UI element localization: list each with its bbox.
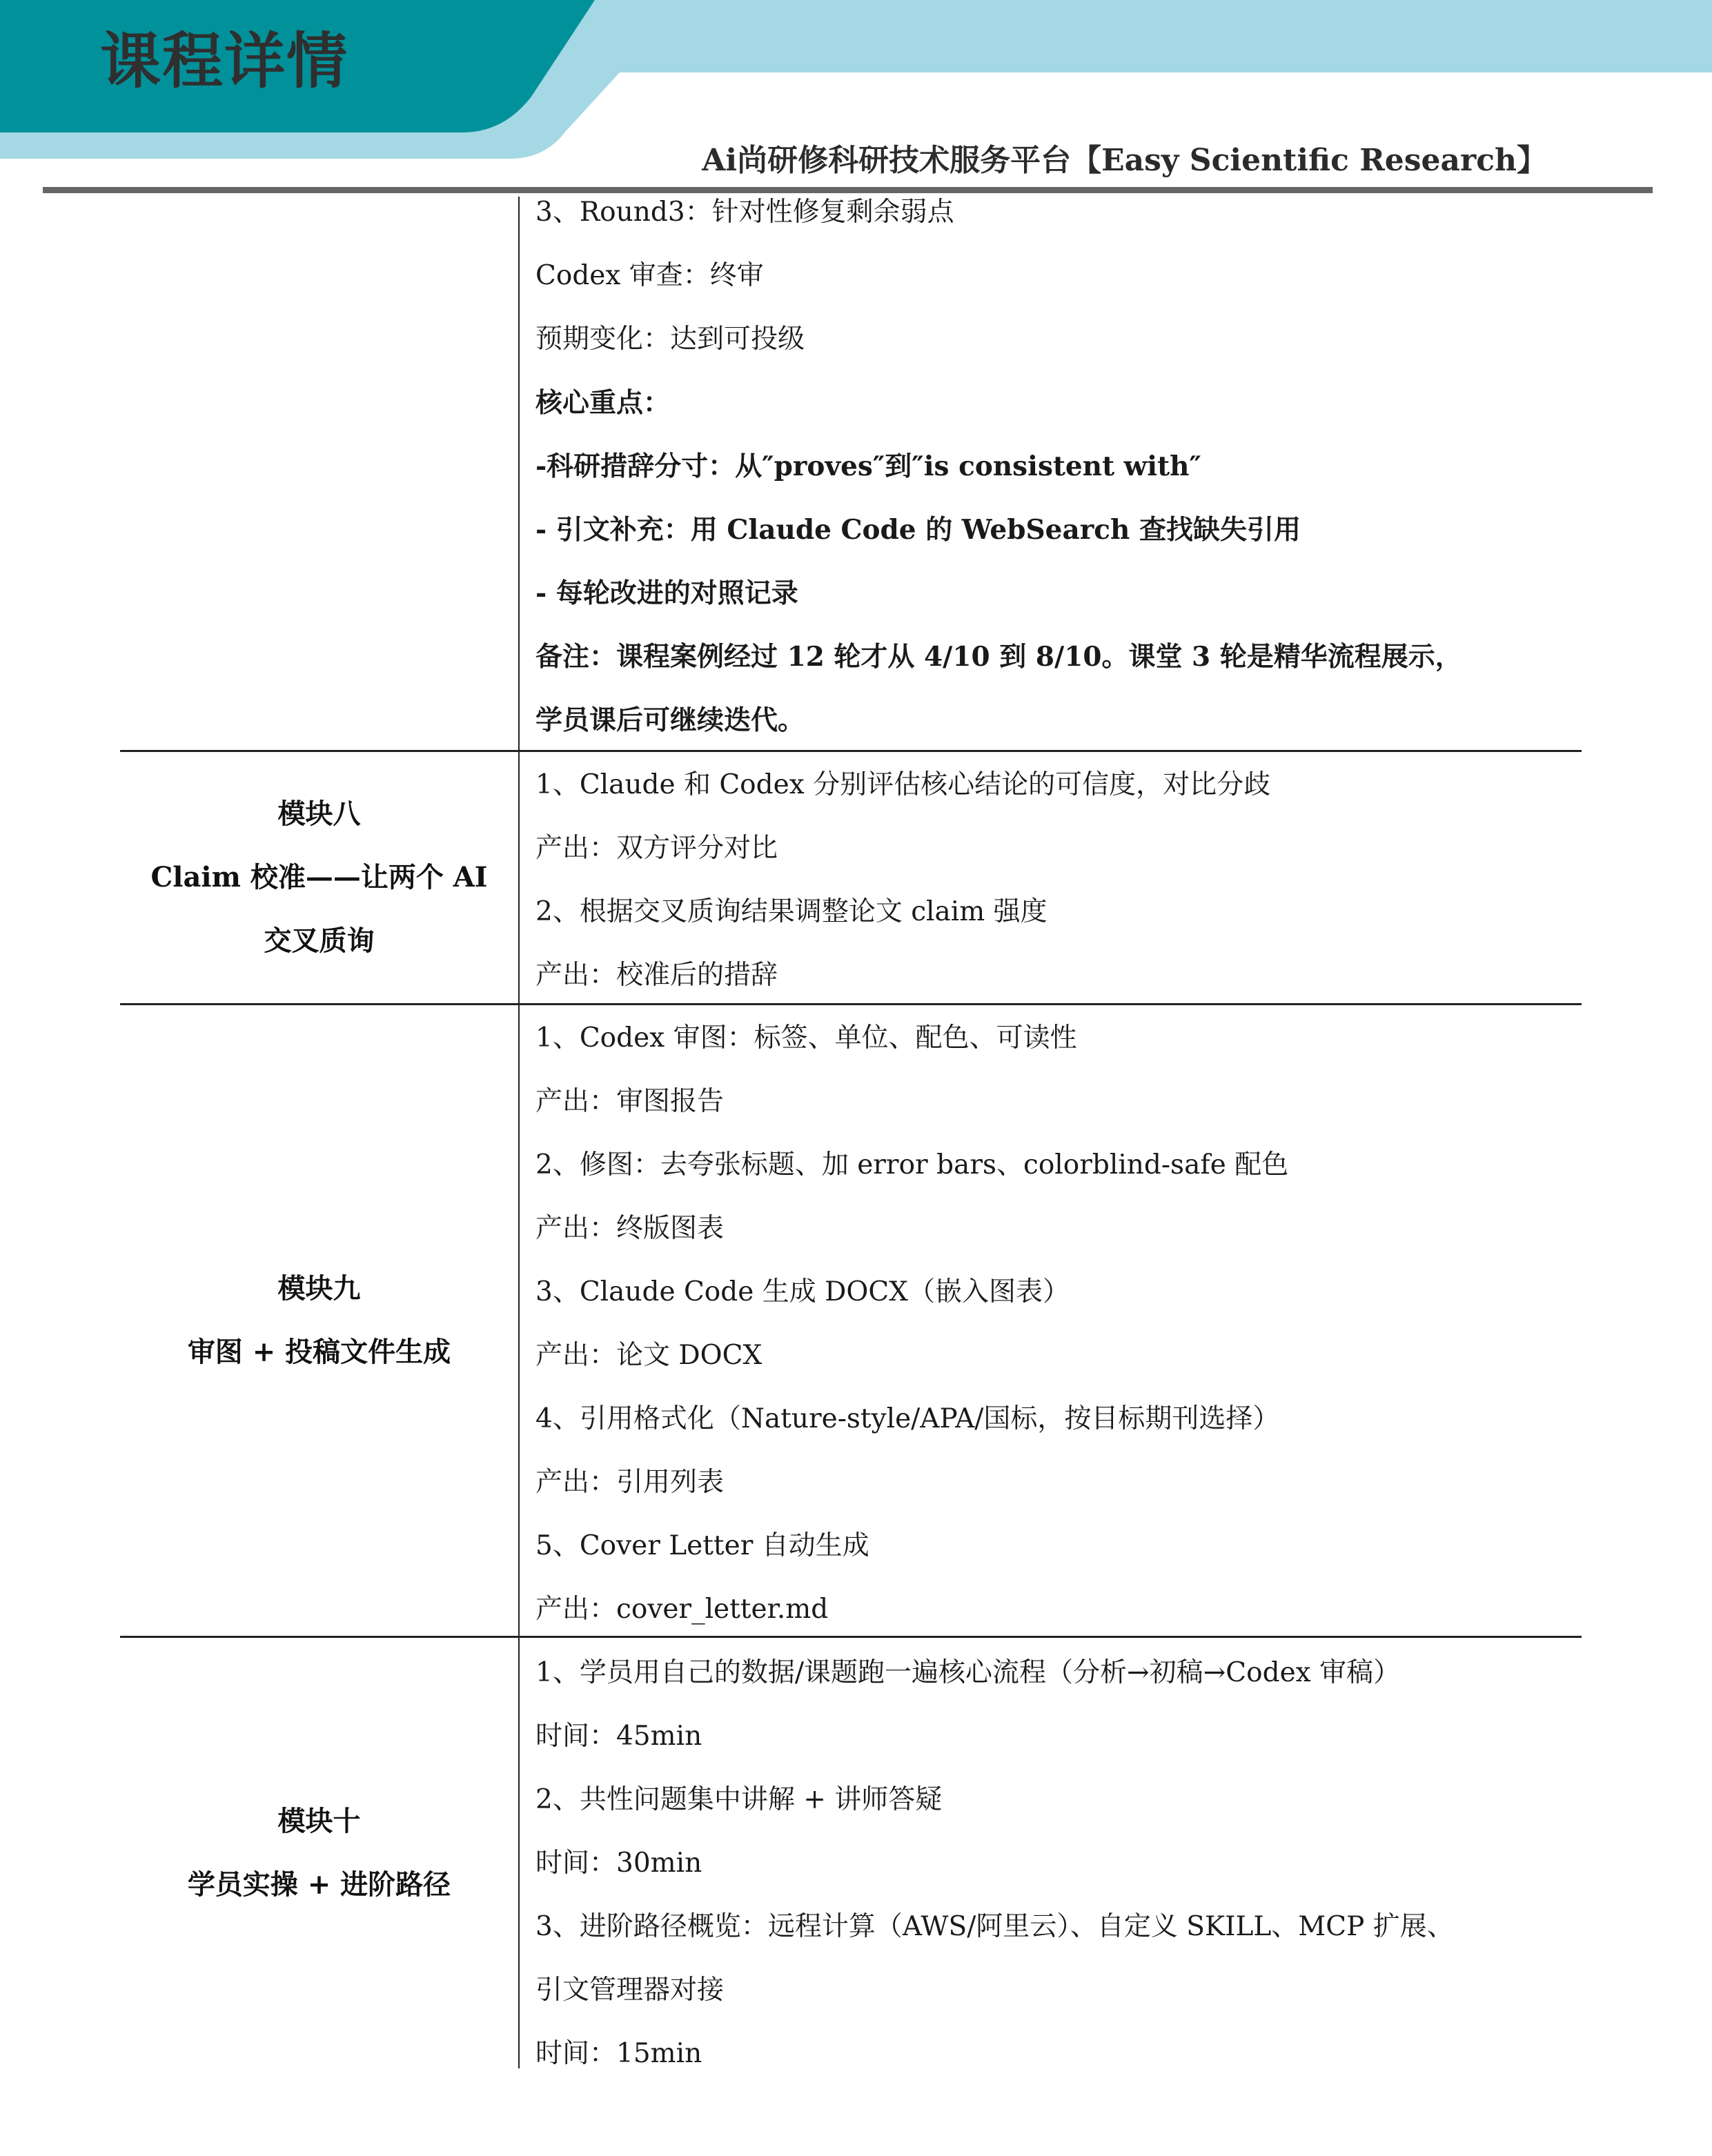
module-title: 审图 + 投稿文件生成 (188, 1321, 451, 1384)
content-line: 产出：引用列表 (535, 1451, 1571, 1514)
content-line: 学员课后可继续迭代。 (535, 689, 1571, 752)
content-line: 2、共性问题集中讲解 + 讲师答疑 (535, 1768, 1571, 1832)
content-line: 核心重点： (535, 371, 1571, 435)
module-9-label-cell: 模块九 审图 + 投稿文件生成 (120, 1005, 518, 1636)
content-line: 3、Round3：针对性修复剩余弱点 (535, 181, 1571, 244)
module-name: 模块十 (278, 1790, 361, 1853)
content-line: 3、进阶路径概览：远程计算（AWS/阿里云）、自定义 SKILL、MCP 扩展、 (535, 1895, 1571, 1959)
module-10-content-cell: 1、学员用自己的数据/课题跑一遍核心流程（分析→初稿→Codex 审稿） 时间：… (535, 1641, 1571, 2086)
module-title: 交叉质询 (264, 909, 375, 973)
content-line: 2、根据交叉质询结果调整论文 claim 强度 (535, 880, 1571, 944)
content-line: -科研措辞分寸：从″proves″到″is consistent with″ (535, 435, 1571, 498)
page-title: 课程详情 (100, 23, 348, 99)
module-title: Claim 校准——让两个 AI (150, 846, 487, 909)
content-line: 产出：校准后的措辞 (535, 944, 1571, 1007)
platform-name: Ai尚研修科研技术服务平台【Easy Scientific Research】 (702, 140, 1547, 181)
content-line: 引文管理器对接 (535, 1959, 1571, 2022)
module-title: 学员实操 + 进阶路径 (188, 1853, 451, 1917)
content-line: 产出：cover_letter.md (535, 1578, 1571, 1641)
module-name: 模块八 (278, 782, 361, 846)
content-line: 时间：45min (535, 1705, 1571, 1768)
content-line: 时间：30min (535, 1832, 1571, 1895)
content-line: 产出：审图报告 (535, 1070, 1571, 1134)
content-line: 3、Claude Code 生成 DOCX（嵌入图表） (535, 1260, 1571, 1324)
content-line: 1、Claude 和 Codex 分别评估核心结论的可信度，对比分歧 (535, 753, 1571, 817)
content-line: 预期变化：达到可投级 (535, 308, 1571, 371)
content-line: 1、学员用自己的数据/课题跑一遍核心流程（分析→初稿→Codex 审稿） (535, 1641, 1571, 1705)
content-line: 1、Codex 审图：标签、单位、配色、可读性 (535, 1007, 1571, 1070)
column-divider (518, 197, 520, 2068)
content-line: Codex 审查：终审 (535, 244, 1571, 308)
content-line: 5、Cover Letter 自动生成 (535, 1514, 1571, 1578)
content-line: 产出：终版图表 (535, 1197, 1571, 1260)
module-10-label-cell: 模块十 学员实操 + 进阶路径 (120, 1638, 518, 2068)
content-line: - 引文补充：用 Claude Code 的 WebSearch 查找缺失引用 (535, 498, 1571, 562)
content-line: 时间：15min (535, 2022, 1571, 2086)
content-line: 备注：课程案例经过 12 轮才从 4/10 到 8/10。课堂 3 轮是精华流程… (535, 625, 1571, 689)
continuation-cell: 3、Round3：针对性修复剩余弱点 Codex 审查：终审 预期变化：达到可投… (535, 181, 1571, 752)
content-line: 2、修图：去夸张标题、加 error bars、colorblind-safe … (535, 1134, 1571, 1197)
module-8-content-cell: 1、Claude 和 Codex 分别评估核心结论的可信度，对比分歧 产出：双方… (535, 753, 1571, 1007)
content-line: 产出：双方评分对比 (535, 817, 1571, 880)
content-line: 4、引用格式化（Nature-style/APA/国标，按目标期刊选择） (535, 1387, 1571, 1451)
module-9-content-cell: 1、Codex 审图：标签、单位、配色、可读性 产出：审图报告 2、修图：去夸张… (535, 1007, 1571, 1641)
module-name: 模块九 (278, 1257, 361, 1321)
content-line: 产出：论文 DOCX (535, 1324, 1571, 1387)
module-8-label-cell: 模块八 Claim 校准——让两个 AI 交叉质询 (120, 752, 518, 1003)
content-line: - 每轮改进的对照记录 (535, 562, 1571, 625)
